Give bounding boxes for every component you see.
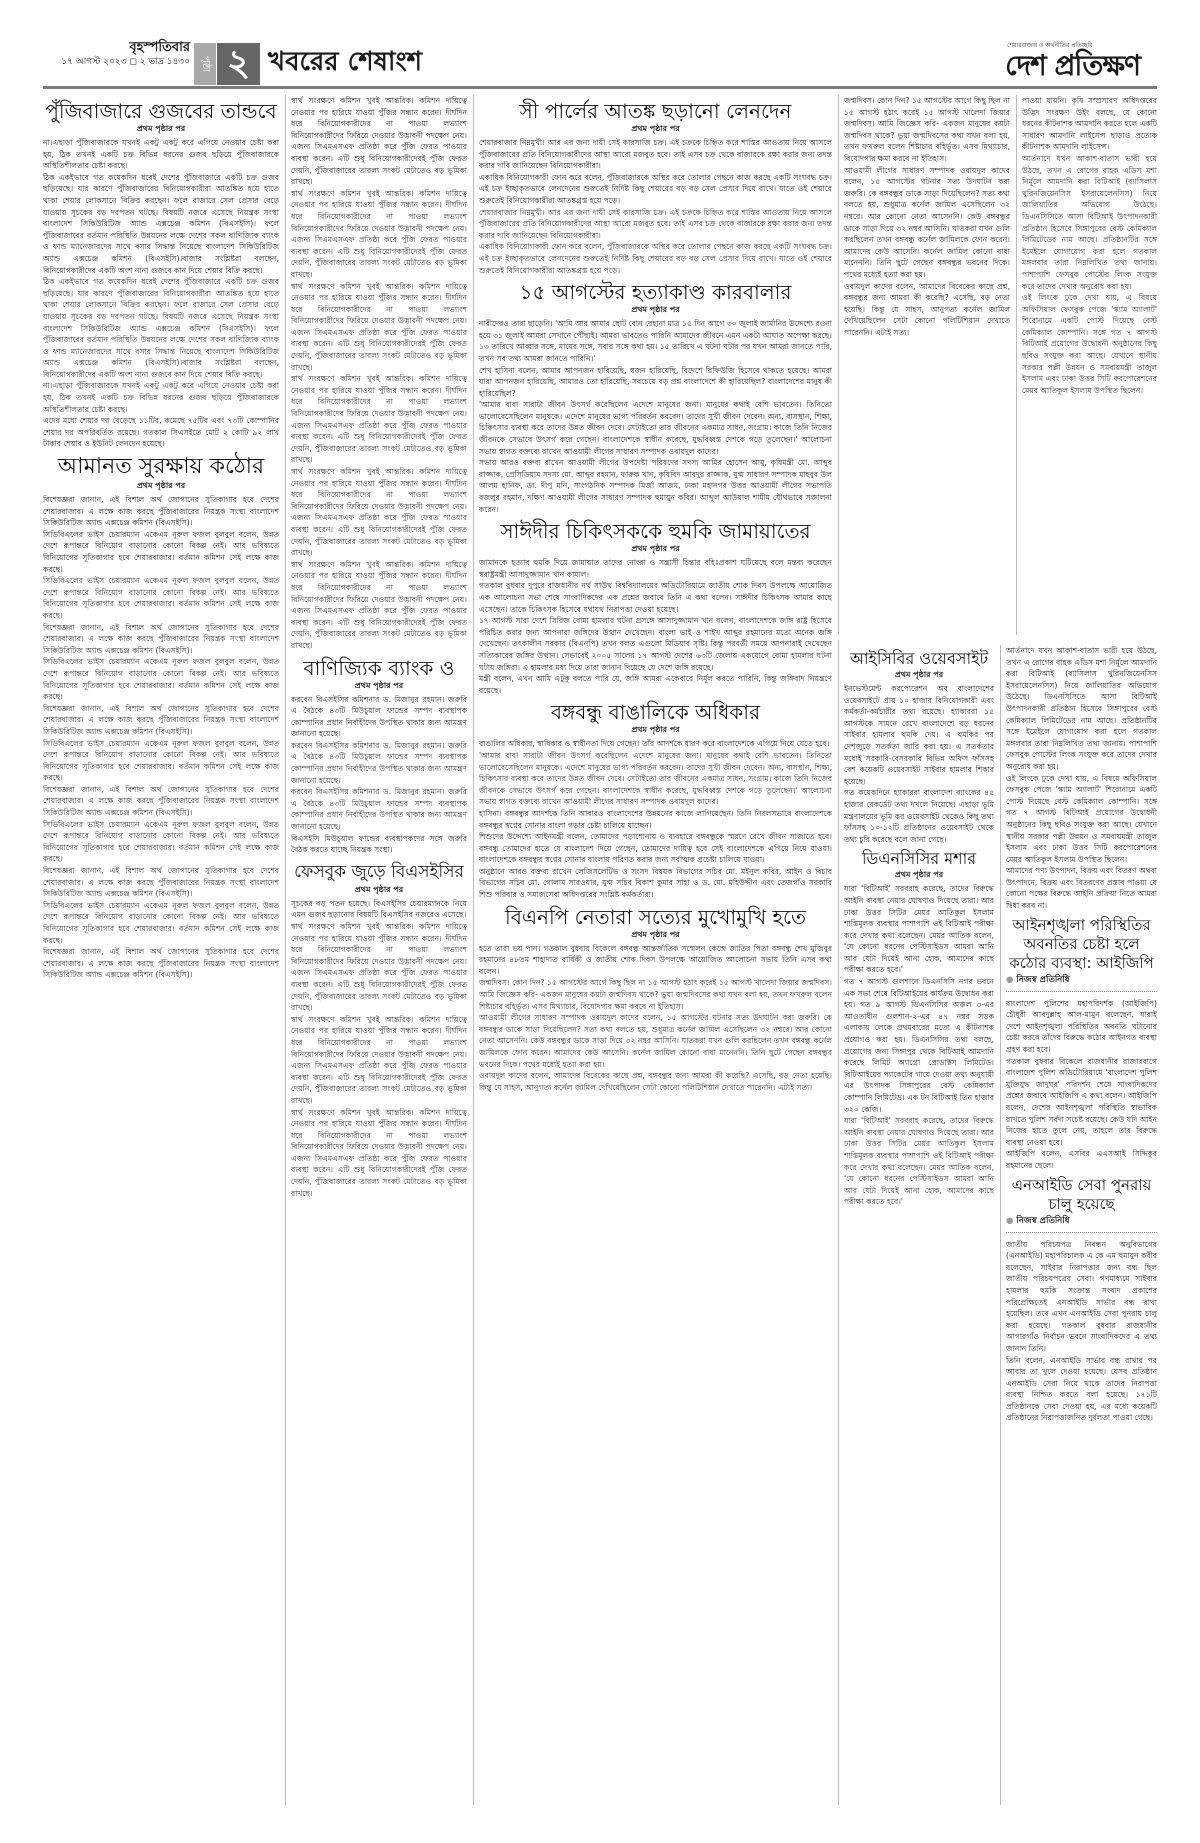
page-number: ২	[217, 43, 260, 85]
newspaper-logo: শেয়ারবাজার ও অর্থনীতির প্রতিচ্ছবি দেশ প…	[1005, 42, 1140, 82]
paragraph: আর্তনাদে যখন আকাশ-বাতাস ভারী হয়ে উঠছে, …	[1022, 153, 1157, 292]
paragraph: করবেন বিএসইসির কমিশনার ড. মিজানুর রহমান।…	[291, 786, 467, 832]
article-sangeedi: সাঈদীর চিকিৎসককে হুমকি জামায়াতের প্রথম …	[479, 519, 832, 696]
column-2: স্বার্থ সংরক্ষণে কমিশন খুবই আন্তরিক। কমি…	[291, 95, 467, 1805]
paragraph: একাধিক বিনিয়োগকারী ফোন করে বলেন, পুঁজিব…	[479, 172, 832, 207]
paragraph: আর্তনাদে যখন আকাশ-বাতাস ভারী হয়ে উঠছে, …	[1006, 645, 1157, 773]
continued-from: প্রথম পৃষ্ঠার পর	[43, 480, 279, 492]
issue-date: ১৭ আগস্ট ২০২৩ ◻ ২ ভাদ্র ১৪৩০	[60, 56, 190, 69]
article-seapearl: সী পার্লের আতঙ্ক ছড়ানো লেনদেন প্রথম পৃষ…	[479, 99, 832, 276]
paragraph: তিনি বলেন, এনআইডি সার্ভার বন্ধ রাখার পর …	[1006, 1355, 1157, 1425]
paragraph: গত ৭ আগস্ট গুলশানে ডিএনসিসি নগর ভবনে এক …	[844, 976, 994, 1115]
masthead-rule	[43, 86, 1157, 89]
column-divider	[285, 95, 286, 1805]
headline: ডিএনসিসির মশার	[844, 849, 994, 869]
article-nid: এনআইডি সেবা পুনরায় চালু হয়েছে ●নিজস্ব …	[1006, 1176, 1157, 1425]
paragraph: ওবায়দুল কাদের বলেন, আমাদের বিবেকের কাছে…	[844, 281, 1010, 339]
paragraph: আমাদের পণ্য উৎপাদন, বিক্রয় এবং বিতরণ অথ…	[1006, 865, 1157, 911]
paragraph: এদের মধ্যে শেয়ার দর বেড়েছে ১১টির, কমেছ…	[43, 415, 279, 450]
headline: পুঁজিবাজারে গুজবের তান্ডবে	[43, 99, 279, 123]
paragraph: যারা 'বিটিআই' সরবরাহ করেছে, তাদের বিরুদ্…	[844, 883, 994, 976]
article-dncc: ডিএনসিসির মশার প্রথম পৃষ্ঠার পর যারা 'বি…	[844, 849, 994, 1208]
paragraph: সিডিবিএলের ভাইস চেয়ারম্যান একেএম নূরুল …	[43, 656, 279, 702]
paragraph: স্বার্থ সংরক্ষণে কমিশন খুবই আন্তরিক। কমি…	[291, 188, 467, 281]
headline: বাণিজ্যিক ব্যাংক ও	[291, 656, 467, 680]
paragraph: শেখ হাসিনা বলেন, আমার আপনজন হারিয়েছি, স…	[479, 365, 832, 400]
page-label: পৃষ্ঠা	[194, 43, 216, 85]
paragraph: নারীদেরও তারা ছাড়েনি। 'আমি আর আমার ছোট …	[479, 318, 832, 364]
paragraph: বিশেষজ্ঞরা জানান, এই বিশাল অর্থ জোগানের …	[43, 784, 279, 819]
paragraph: বিশেষজ্ঞরা জানান, এই বিশাল অর্থ জোগানের …	[43, 622, 279, 657]
paragraph: স্বার্থ সংরক্ষণে কমিশন খুবই আন্তরিক। কমি…	[291, 95, 467, 188]
paragraph: সিডিবিএলের ভাইস চেয়ারম্যান একেএম নূরুল …	[43, 738, 279, 784]
paragraph: পাওয়া যায়নি। কৃষি সম্প্রসারণ অধিদপ্তরে…	[1022, 95, 1157, 153]
paragraph: সূচকের বড় পতন হয়েছে। বিএসইসির চেয়ারম্…	[291, 898, 467, 921]
article-amanat: আমানত সুরক্ষায় কঠোর প্রথম পৃষ্ঠার পর বি…	[43, 454, 279, 981]
paragraph: গত কয়েকদিনে হ্যাকাররা বাংলাদেশ ব্যাংকের…	[844, 787, 994, 845]
paragraph: বাংলাদেশ পুলিশের মহাপরিদর্শক (আইজিপি) চৌ…	[1006, 998, 1157, 1056]
article-icb: আইসিবির ওয়েবসাইট প্রথম পৃষ্ঠার পর ইনভেস…	[844, 649, 994, 845]
paragraph: করবেন বিএসইসির কমিশনার ড. মিজানুর রহমান।…	[291, 694, 467, 740]
article-august15: ১৫ আগস্টের হত্যাকাণ্ড কারবালার প্রথম পৃষ…	[479, 280, 832, 515]
paragraph: না।এছাড়া পুঁজিবাজারকে যখনই একটু একটু কর…	[43, 137, 279, 172]
continued-from: প্রথম পৃষ্ঠার পর	[844, 869, 994, 881]
column-3: সী পার্লের আতঙ্ক ছড়ানো লেনদেন প্রথম পৃষ…	[479, 95, 832, 1805]
paragraph: স্বার্থ সংরক্ষণে কমিশন খুবই আন্তরিক। কমি…	[291, 921, 467, 1014]
column-divider	[1000, 645, 1001, 1805]
paragraph: শেয়ারবাজার নিম্নমুখী। আর এর জন্য দায়ী …	[479, 137, 832, 172]
paragraph: 'আমার বাবা সারাটা জীবন উৎসর্গ করেছিলেন এ…	[479, 750, 832, 808]
headline: সী পার্লের আতঙ্ক ছড়ানো লেনদেন	[479, 99, 832, 123]
article-igp: আইনশৃঙ্খলা পরিস্থিতির অবনতির চেষ্টা হলে …	[1006, 916, 1157, 1172]
paragraph: বাঙালির অধিকার, স্বাধিকার ও স্বাধীনতা দি…	[479, 738, 832, 750]
paragraph: স্বার্থ সংরক্ষণে কমিশন খুবই আন্তরিক। কমি…	[291, 373, 467, 466]
column-1: পুঁজিবাজারে গুজবের তান্ডবে প্রথম পৃষ্ঠার…	[43, 95, 279, 1805]
headline: সাঈদীর চিকিৎসককে হুমকি জামায়াতের	[479, 519, 832, 543]
paragraph: হতে তারা ভয় পান। গতকাল বুধবার বিকেলে বঙ…	[479, 943, 832, 978]
paragraph: ওই লিংকে ঢুকে দেখা যায়, এ বিষয়ে অফিসিয…	[1022, 292, 1157, 396]
paragraph: স্বার্থ সংরক্ষণে কমিশন খুবই আন্তরিক। কমি…	[291, 1107, 467, 1200]
paragraph: জাতীয় পরিচয়পত্র নিবন্ধন অনুবিভাগের (এন…	[1006, 1239, 1157, 1355]
column-divider	[838, 95, 839, 635]
continued-from: প্রথম পৃষ্ঠার পর	[43, 123, 279, 135]
bullet-icon: ●	[1006, 975, 1013, 985]
byline: ●নিজস্ব প্রতিনিধি	[1006, 1214, 1157, 1233]
masthead: বৃহস্পতিবার ১৭ আগস্ট ২০২৩ ◻ ২ ভাদ্র ১৪৩০…	[0, 0, 1200, 90]
paragraph: জন্মদিবস। কোন দিন? ১৫ আগস্টের আগে কিছু ছ…	[844, 95, 1010, 165]
paragraph: বিশেষজ্ঞরা জানান, এই বিশাল অর্থ জোগানের …	[43, 865, 279, 900]
paragraph: হাসিনা। বঙ্গবন্ধুর আদর্শকে তিনি আবারও বা…	[479, 808, 832, 831]
paragraph: করবেন বিএসইসির কমিশনার ড. মিজানুর রহমান।…	[291, 740, 467, 786]
article-bangabandhu: বঙ্গবন্ধু বাঙালিকে অধিকার প্রথম পৃষ্ঠার …	[479, 700, 832, 900]
byline: ●নিজস্ব প্রতিনিধি	[1006, 973, 1157, 992]
issue-date-block: বৃহস্পতিবার ১৭ আগস্ট ২০২৩ ◻ ২ ভাদ্র ১৪৩০	[60, 40, 190, 69]
article-punjibazar: পুঁজিবাজারে গুজবের তান্ডবে প্রথম পৃষ্ঠার…	[43, 99, 279, 450]
headline: ফেসবুক জুড়ে বিএসইসির	[291, 860, 467, 884]
article-facebook: ফেসবুক জুড়ে বিএসইসির প্রথম পৃষ্ঠার পর স…	[291, 860, 467, 1199]
column-icb-dncc: আইসিবির ওয়েবসাইট প্রথম পৃষ্ঠার পর ইনভেস…	[844, 645, 994, 1805]
headline: ১৫ আগস্টের হত্যাকাণ্ড কারবালার	[479, 280, 832, 304]
column-4: জন্মদিবস। কোন দিন? ১৫ আগস্টের আগে কিছু ছ…	[844, 95, 1010, 640]
paragraph: অনুষ্ঠানে আরও বক্তব্য রাখেন লেজিসলেটিভ ও…	[479, 866, 832, 901]
paragraph: গতকাল বুধবার বিকেলে রাজধানীর রাজারবাগে ব…	[1006, 1056, 1157, 1149]
paragraph: বিশেষজ্ঞরা জানান, এই বিশাল অর্থ জোগানের …	[43, 946, 279, 981]
column-divider	[1016, 95, 1017, 635]
paragraph: ঠিক একইভাবে গত কয়েকদিন ধরেই দেশের পুঁজি…	[43, 172, 279, 276]
continued-from: প্রথম পৃষ্ঠার পর	[291, 884, 467, 896]
byline-text: নিজস্ব প্রতিনিধি	[1016, 975, 1069, 985]
paragraph: শিশুদের উদ্দেশ্যে আইনমন্ত্রী বলেন, তোমাদ…	[479, 831, 832, 866]
headline: বিএনপি নেতারা সত্যের মুখোমুখি হতে	[479, 905, 832, 929]
column-divider	[838, 640, 839, 1805]
continued-from: প্রথম পৃষ্ঠার পর	[479, 123, 832, 135]
column-divider	[473, 95, 474, 1805]
paragraph: ১৭ আগস্ট সারা দেশে সিরিজ বোমা হামলার ঘটন…	[479, 615, 832, 673]
headline: বঙ্গবন্ধু বাঙালিকে অধিকার	[479, 700, 832, 724]
paragraph: আইজিপি বলেন, এসবির এএসআই সিদ্দিকুর রহমান…	[1006, 1148, 1157, 1171]
paragraph: স্বার্থ সংরক্ষণে কমিশন খুবই আন্তরিক। কমি…	[291, 466, 467, 559]
paragraph: ঠিক একইভাবে গত কয়েকদিন ধরেই দেশের পুঁজি…	[43, 276, 279, 380]
article-banijjik: বাণিজ্যিক ব্যাংক ও প্রথম পৃষ্ঠার পর করবে…	[291, 656, 467, 856]
continued-from: প্রথম পৃষ্ঠার পর	[479, 724, 832, 736]
issue-day: বৃহস্পতিবার	[60, 40, 190, 56]
paragraph: না।এছাড়া পুঁজিবাজারকে যখনই একটু একটু কর…	[43, 380, 279, 415]
continued-from: প্রথম পৃষ্ঠার পর	[291, 680, 467, 692]
paragraph: স্বার্থ সংরক্ষণে কমিশন খুবই আন্তরিক। কমি…	[291, 1014, 467, 1107]
paragraph: বিশেষজ্ঞরা জানান, এই বিশাল অর্থ জোগানের …	[43, 703, 279, 738]
continued-from: প্রথম পৃষ্ঠার পর	[479, 929, 832, 941]
paragraph: ইনভেস্টমেন্ট করপোরেশন অব বাংলাদেশের ওয়ে…	[844, 683, 994, 787]
paragraph: আওয়ামী লীগের সাধারণ সম্পাদক ওবায়দুল কা…	[479, 1012, 832, 1070]
column-5: পাওয়া যায়নি। কৃষি সম্প্রসারণ অধিদপ্তরে…	[1022, 95, 1157, 640]
paragraph: সিডিবিএলের ভাইস চেয়ারম্যান একেএম নূরুল …	[43, 529, 279, 575]
paragraph: আওয়ামী লীগের সাধারণ সম্পাদক ওবায়দুল কা…	[844, 165, 1010, 281]
paragraph: শেয়ারবাজার নিম্নমুখী। আর এর জন্য দায়ী …	[479, 207, 832, 242]
paragraph: স্বার্থ সংরক্ষণে কমিশন খুবই আন্তরিক। কমি…	[291, 559, 467, 652]
byline-text: নিজস্ব প্রতিনিধি	[1016, 1216, 1069, 1226]
paragraph: ওই লিংকে ঢুকে দেখা যায়, এ বিষয়ে অফিসিয…	[1006, 773, 1157, 866]
headline: এনআইডি সেবা পুনরায় চালু হয়েছে	[1006, 1176, 1157, 1214]
paragraph: জামানকে হত্যার হুমকি দিয়ে জামায়াত তাদে…	[479, 557, 832, 580]
headline: আইনশৃঙ্খলা পরিস্থিতির অবনতির চেষ্টা হলে …	[1006, 916, 1157, 973]
paragraph: যারা 'বিটিআই' সরবরাহ করেছে, তাদের বিরুদ্…	[844, 1115, 994, 1208]
paragraph: গতকাল বুধবার দুপুরে রাজধানীর নর্থ সাউথ ব…	[479, 580, 832, 615]
headline: আইসিবির ওয়েবসাইট	[844, 649, 994, 669]
article-bnp: বিএনপি নেতারা সত্যের মুখোমুখি হতে প্রথম …	[479, 905, 832, 1094]
paragraph: জন্মদিবস। কোন দিন? ১৫ আগস্টের আগে কিছু ছ…	[479, 977, 832, 1012]
paragraph: সিডিবিএলের ভাইস চেয়ারম্যান একেএম নূরুল …	[43, 900, 279, 946]
bullet-icon: ●	[1006, 1216, 1013, 1226]
paragraph: সভায় আরও বক্তব্য রাখেন আওয়ামী লীগের উপ…	[479, 457, 832, 515]
paragraph: ওবায়দুল কাদের বলেন, আমাদের বিবেকের কাছে…	[479, 1070, 832, 1093]
continued-from: প্রথম পৃষ্ঠার পর	[479, 304, 832, 316]
paragraph: স্বার্থ সংরক্ষণে কমিশন খুবই আন্তরিক। কমি…	[291, 281, 467, 374]
paragraph: মন্ত্রী বলেন, এখন আমি এটুকু বলতে পারি যে…	[479, 673, 832, 696]
paragraph: বিশেষজ্ঞরা জানান, এই বিশাল অর্থ জোগানের …	[43, 494, 279, 529]
paragraph: সিডিবিএলের ভাইস চেয়ারম্যান একেএম নূরুল …	[43, 819, 279, 865]
section-title: খবরের শেষাংশ	[268, 44, 422, 80]
continued-from: প্রথম পৃষ্ঠার পর	[479, 543, 832, 555]
paragraph: বিএসইসি মিউচুয়াল ফান্ডের ব্যবস্থাপকদের …	[291, 833, 467, 856]
paragraph: সিডিবিএলের ভাইস চেয়ারম্যান একেএম নূরুল …	[43, 575, 279, 621]
paragraph: একাধিক বিনিয়োগকারী ফোন করে বলেন, পুঁজিব…	[479, 241, 832, 276]
logo-name: দেশ প্রতিক্ষণ	[1005, 50, 1140, 82]
column-bti-igp-nid: আর্তনাদে যখন আকাশ-বাতাস ভারী হয়ে উঠছে, …	[1006, 645, 1157, 1805]
continued-from: প্রথম পৃষ্ঠার পর	[844, 669, 994, 681]
headline: আমানত সুরক্ষায় কঠোর	[43, 454, 279, 480]
paragraph: 'আমার বাবা সারাটা জীবন উৎসর্গ করেছিলেন এ…	[479, 399, 832, 457]
